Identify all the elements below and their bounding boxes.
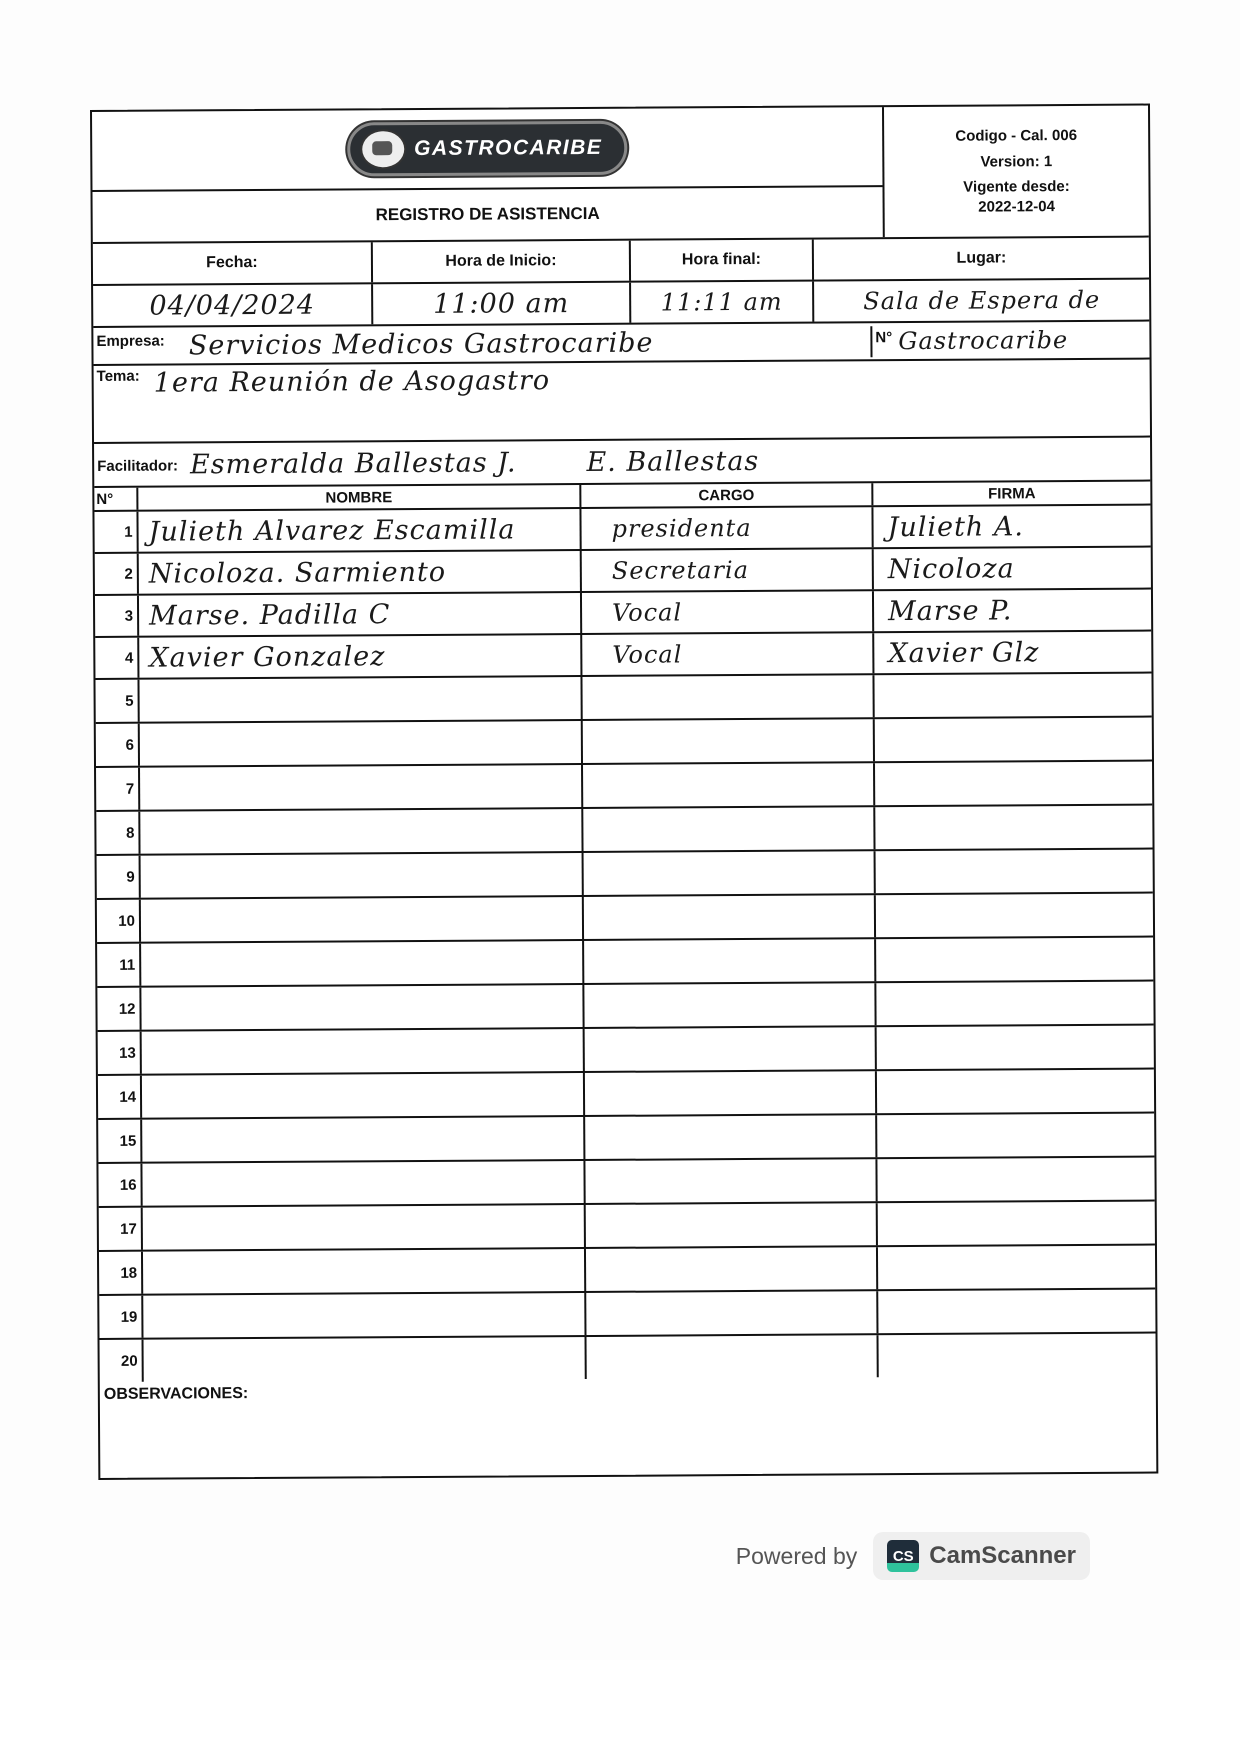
table-row: 3Marse. Padilla CVocalMarse P. <box>95 590 1151 638</box>
table-row: 2Nicoloza. SarmientoSecretariaNicoloza <box>95 548 1151 596</box>
nombre-cell[interactable] <box>140 765 583 810</box>
firma-cell[interactable] <box>878 1246 1155 1290</box>
meeting-labels-row: Fecha: Hora de Inicio: Hora final: Lugar… <box>93 238 1149 286</box>
tema-field[interactable]: 1era Reunión de Asogastro <box>154 365 551 398</box>
nombre-cell[interactable] <box>143 1293 586 1338</box>
table-row: 15 <box>98 1114 1154 1164</box>
row-number: 3 <box>95 596 139 636</box>
firma-cell[interactable] <box>874 674 1151 718</box>
nombre-cell[interactable] <box>142 1161 585 1206</box>
numero-field[interactable]: Gastrocaribe <box>898 326 1068 355</box>
meeting-values-row: 04/04/2024 11:00 am 11:11 am Sala de Esp… <box>93 280 1149 328</box>
firma-cell[interactable]: Xavier Glz <box>874 632 1151 674</box>
firma-cell[interactable] <box>877 1026 1154 1070</box>
row-number: 15 <box>98 1120 142 1162</box>
table-row: 7 <box>96 762 1152 812</box>
row-number: 8 <box>96 812 140 854</box>
firma-cell[interactable] <box>876 982 1153 1026</box>
cargo-cell[interactable] <box>586 1203 878 1247</box>
row-number: 10 <box>97 900 141 942</box>
firma-cell[interactable] <box>878 1334 1155 1378</box>
table-row: 13 <box>98 1026 1154 1076</box>
firma-cell[interactable] <box>875 762 1152 806</box>
cargo-cell[interactable] <box>587 1335 879 1379</box>
gastrocaribe-logo: GASTROCARIBE <box>347 121 628 177</box>
col-nombre-header: NOMBRE <box>138 485 581 510</box>
cargo-cell[interactable] <box>585 1027 877 1071</box>
effective-date: Vigente desde: 2022-12-04 <box>963 177 1070 217</box>
nombre-cell[interactable] <box>140 809 583 854</box>
firma-cell[interactable] <box>876 894 1153 938</box>
row-number: 20 <box>100 1340 144 1382</box>
empresa-label: Empresa: <box>93 330 164 349</box>
powered-by-text: Powered by <box>736 1543 857 1570</box>
fecha-field[interactable]: 04/04/2024 <box>93 284 373 326</box>
firma-cell[interactable] <box>878 1202 1155 1246</box>
firma-cell[interactable]: Nicoloza <box>874 548 1151 590</box>
nombre-cell[interactable]: Julieth Alvarez Escamilla <box>138 509 581 552</box>
nombre-cell[interactable] <box>141 897 584 942</box>
facilitador-label: Facilitador: <box>94 455 178 475</box>
nombre-cell[interactable] <box>142 1117 585 1162</box>
table-row: 11 <box>97 938 1153 988</box>
table-row: 12 <box>97 982 1153 1032</box>
hora-final-field[interactable]: 11:11 am <box>631 282 814 323</box>
firma-cell[interactable] <box>877 1158 1154 1202</box>
table-row: 18 <box>99 1246 1155 1296</box>
row-number: 7 <box>96 768 140 810</box>
row-number: 5 <box>95 680 139 722</box>
firma-cell[interactable] <box>876 938 1153 982</box>
hora-inicio-field[interactable]: 11:00 am <box>373 283 631 325</box>
row-number: 13 <box>98 1032 142 1074</box>
nombre-cell[interactable] <box>141 985 584 1030</box>
facilitador-row: Facilitador: Esmeralda Ballestas J. E. B… <box>94 438 1150 488</box>
logo-area: GASTROCARIBE <box>92 107 882 192</box>
camscanner-logo-icon: CS <box>887 1540 919 1572</box>
lugar-field[interactable]: Sala de Espera de <box>814 280 1149 322</box>
table-row: 9 <box>97 850 1153 900</box>
row-number: 6 <box>96 724 140 766</box>
camscanner-brand: CamScanner <box>929 1542 1076 1570</box>
cargo-cell[interactable] <box>583 807 875 851</box>
cargo-cell[interactable] <box>584 939 876 983</box>
form-title: REGISTRO DE ASISTENCIA <box>93 187 883 242</box>
firma-cell[interactable]: Julieth A. <box>873 506 1150 548</box>
firma-cell[interactable] <box>878 1290 1155 1334</box>
fecha-label: Fecha: <box>93 242 373 284</box>
col-num-header: N° <box>94 488 138 510</box>
empresa-row: Empresa: Servicios Medicos Gastrocaribe … <box>93 322 1149 366</box>
table-row: 17 <box>99 1202 1155 1252</box>
cargo-cell[interactable]: presidenta <box>581 507 873 549</box>
camscanner-badge[interactable]: CS CamScanner <box>873 1532 1090 1580</box>
tema-row: Tema: 1era Reunión de Asogastro <box>94 360 1150 444</box>
stomach-icon <box>360 129 406 169</box>
table-row: 4Xavier GonzalezVocalXavier Glz <box>95 632 1151 680</box>
cargo-cell[interactable] <box>583 719 875 763</box>
nombre-cell[interactable] <box>141 853 584 898</box>
empresa-field[interactable]: Servicios Medicos Gastrocaribe <box>189 327 654 361</box>
row-number: 19 <box>99 1296 143 1338</box>
numero-label: N° <box>872 327 892 346</box>
document-version: Version: 1 <box>980 152 1052 172</box>
table-row: 16 <box>98 1158 1154 1208</box>
logo-text: GASTROCARIBE <box>414 136 602 161</box>
row-number: 1 <box>94 512 138 552</box>
attendance-form: GASTROCARIBE REGISTRO DE ASISTENCIA Codi… <box>90 104 1158 1480</box>
firma-cell[interactable] <box>877 1070 1154 1114</box>
nombre-cell[interactable] <box>144 1337 587 1382</box>
hora-inicio-label: Hora de Inicio: <box>373 241 631 283</box>
table-row: 10 <box>97 894 1153 944</box>
row-number: 18 <box>99 1252 143 1294</box>
row-number: 11 <box>97 944 141 986</box>
row-number: 9 <box>97 856 141 898</box>
row-number: 2 <box>95 554 139 594</box>
nombre-cell[interactable] <box>140 721 583 766</box>
cargo-cell[interactable]: Vocal <box>582 633 874 675</box>
table-row: 5 <box>95 674 1151 724</box>
nombre-cell[interactable] <box>141 941 584 986</box>
cargo-cell[interactable] <box>584 851 876 895</box>
document-control-info: Codigo - Cal. 006 Version: 1 Vigente des… <box>884 106 1149 238</box>
cargo-cell[interactable]: Vocal <box>582 591 874 633</box>
firma-cell[interactable] <box>877 1114 1154 1158</box>
cargo-cell[interactable] <box>582 675 874 719</box>
nombre-cell[interactable] <box>143 1249 586 1294</box>
table-row: 1Julieth Alvarez EscamillapresidentaJuli… <box>94 506 1150 554</box>
cargo-cell[interactable] <box>585 1071 877 1115</box>
nombre-cell[interactable] <box>142 1073 585 1118</box>
cargo-cell[interactable] <box>583 763 875 807</box>
camscanner-watermark: Powered by CS CamScanner <box>736 1532 1090 1580</box>
nombre-cell[interactable]: Xavier Gonzalez <box>139 635 582 678</box>
cargo-cell[interactable] <box>585 1115 877 1159</box>
cargo-cell[interactable] <box>585 1159 877 1203</box>
observaciones-field[interactable]: OBSERVACIONES: <box>100 1376 1157 1478</box>
nombre-cell[interactable] <box>142 1029 585 1074</box>
col-firma-header: FIRMA <box>873 482 1150 506</box>
row-number: 12 <box>97 988 141 1030</box>
form-header: GASTROCARIBE REGISTRO DE ASISTENCIA Codi… <box>92 106 1149 244</box>
table-row: 8 <box>96 806 1152 856</box>
lugar-label: Lugar: <box>814 238 1149 280</box>
hora-final-label: Hora final: <box>631 240 814 281</box>
nombre-cell[interactable]: Nicoloza. Sarmiento <box>139 551 582 594</box>
row-number: 16 <box>98 1164 142 1206</box>
col-cargo-header: CARGO <box>581 483 873 507</box>
row-number: 14 <box>98 1076 142 1118</box>
facilitador-signature: E. Ballestas <box>586 445 759 477</box>
facilitador-field[interactable]: Esmeralda Ballestas J. <box>190 447 517 480</box>
nombre-cell[interactable]: Marse. Padilla C <box>139 593 582 636</box>
cargo-cell[interactable]: Secretaria <box>582 549 874 591</box>
table-row: 19 <box>99 1290 1155 1340</box>
nombre-cell[interactable] <box>143 1205 586 1250</box>
table-row: 6 <box>96 718 1152 768</box>
cargo-cell[interactable] <box>586 1247 878 1291</box>
tema-label: Tema: <box>94 366 140 385</box>
table-row: 14 <box>98 1070 1154 1120</box>
nombre-cell[interactable] <box>139 677 582 722</box>
row-number: 4 <box>95 638 139 678</box>
row-number: 17 <box>99 1208 143 1250</box>
firma-cell[interactable] <box>875 806 1152 850</box>
cargo-cell[interactable] <box>584 983 876 1027</box>
table-row: 20 <box>100 1334 1156 1382</box>
firma-cell[interactable] <box>875 718 1152 762</box>
firma-cell[interactable]: Marse P. <box>874 590 1151 632</box>
cargo-cell[interactable] <box>586 1291 878 1335</box>
attendees-table-body: 1Julieth Alvarez EscamillapresidentaJuli… <box>94 506 1155 1382</box>
observaciones-label: OBSERVACIONES: <box>104 1385 248 1403</box>
cargo-cell[interactable] <box>584 895 876 939</box>
document-code: Codigo - Cal. 006 <box>955 126 1077 146</box>
firma-cell[interactable] <box>876 850 1153 894</box>
